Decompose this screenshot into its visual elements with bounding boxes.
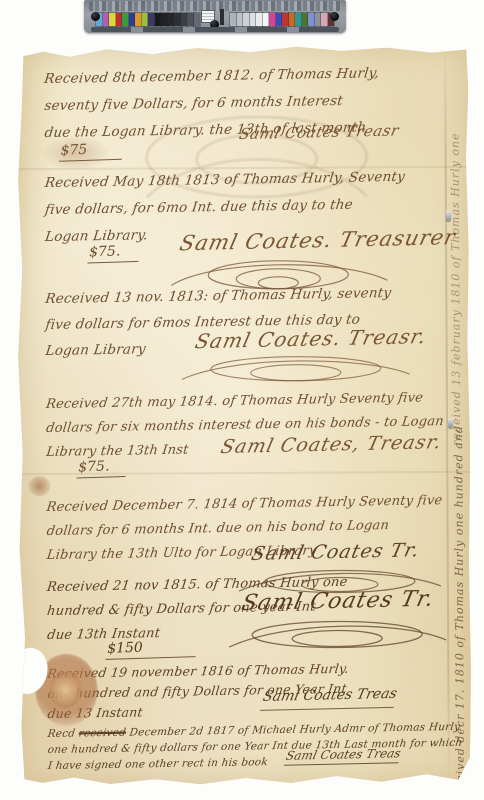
signature: Saml Coates Treasr [237, 121, 400, 143]
manuscript-paper: Received 8th december 1812. of Thomas Hu… [16, 46, 472, 785]
stain-spot [28, 476, 50, 496]
amount-text: $75. [76, 458, 126, 479]
calibration-resolution-pattern [89, 1, 341, 11]
receipt-entry: Received May 18th 1813 of Thomas Hurly, … [45, 168, 445, 251]
amount-text: $150 [105, 638, 195, 660]
signature: Saml Coates Tr. [239, 587, 437, 616]
pin-mark-icon [448, 418, 453, 428]
calibration-patches-left [96, 13, 200, 26]
color-calibration-target [84, 0, 346, 33]
receipt-line-prefix: Recd [47, 727, 80, 740]
calibration-patches-right [230, 13, 334, 26]
calibration-hole-icon [330, 12, 339, 21]
margin-note: received 13 february 1810 of Thomas Hurl… [448, 101, 463, 446]
signature: Saml Coates Treas [260, 686, 399, 711]
pin-mark-icon [446, 211, 451, 221]
calibration-slot [220, 9, 224, 25]
signature: Saml Coates Tr. [249, 539, 422, 565]
signature: Saml Coates. Treasurer [177, 225, 458, 255]
calibration-bottom-pattern [91, 27, 339, 32]
paper-chip [5, 644, 53, 699]
margin-note: Received decr 17. 1810 of Thomas Hurly o… [452, 438, 467, 800]
receipt-entry: Received December 7. 1814 of Thomas Hurl… [46, 494, 446, 568]
receipt-entry: Received 8th december 1812. of Thomas Hu… [44, 64, 444, 147]
receipt-entry: Received 13 nov. 1813: of Thomas Hurly, … [45, 284, 445, 364]
receipt-entry: Recd received December 2d 1817 of Michae… [48, 724, 448, 774]
calibration-hole-icon [91, 12, 100, 21]
amount-text: $75 [58, 141, 121, 162]
scanned-page: Received 8th december 1812. of Thomas Hu… [0, 0, 484, 800]
receipt-entry: Received 27th may 1814. of Thomas Hurly … [46, 391, 446, 465]
amount-text: $75. [87, 243, 139, 264]
struck-word: received [78, 727, 127, 740]
receipt-entry: Received 19 november 1816 of Thomas Hurl… [47, 662, 447, 724]
receipt-entry: Received 21 nov 1815. of Thomas Hurly on… [47, 574, 447, 648]
signature: Saml Coates Treas [284, 746, 402, 766]
